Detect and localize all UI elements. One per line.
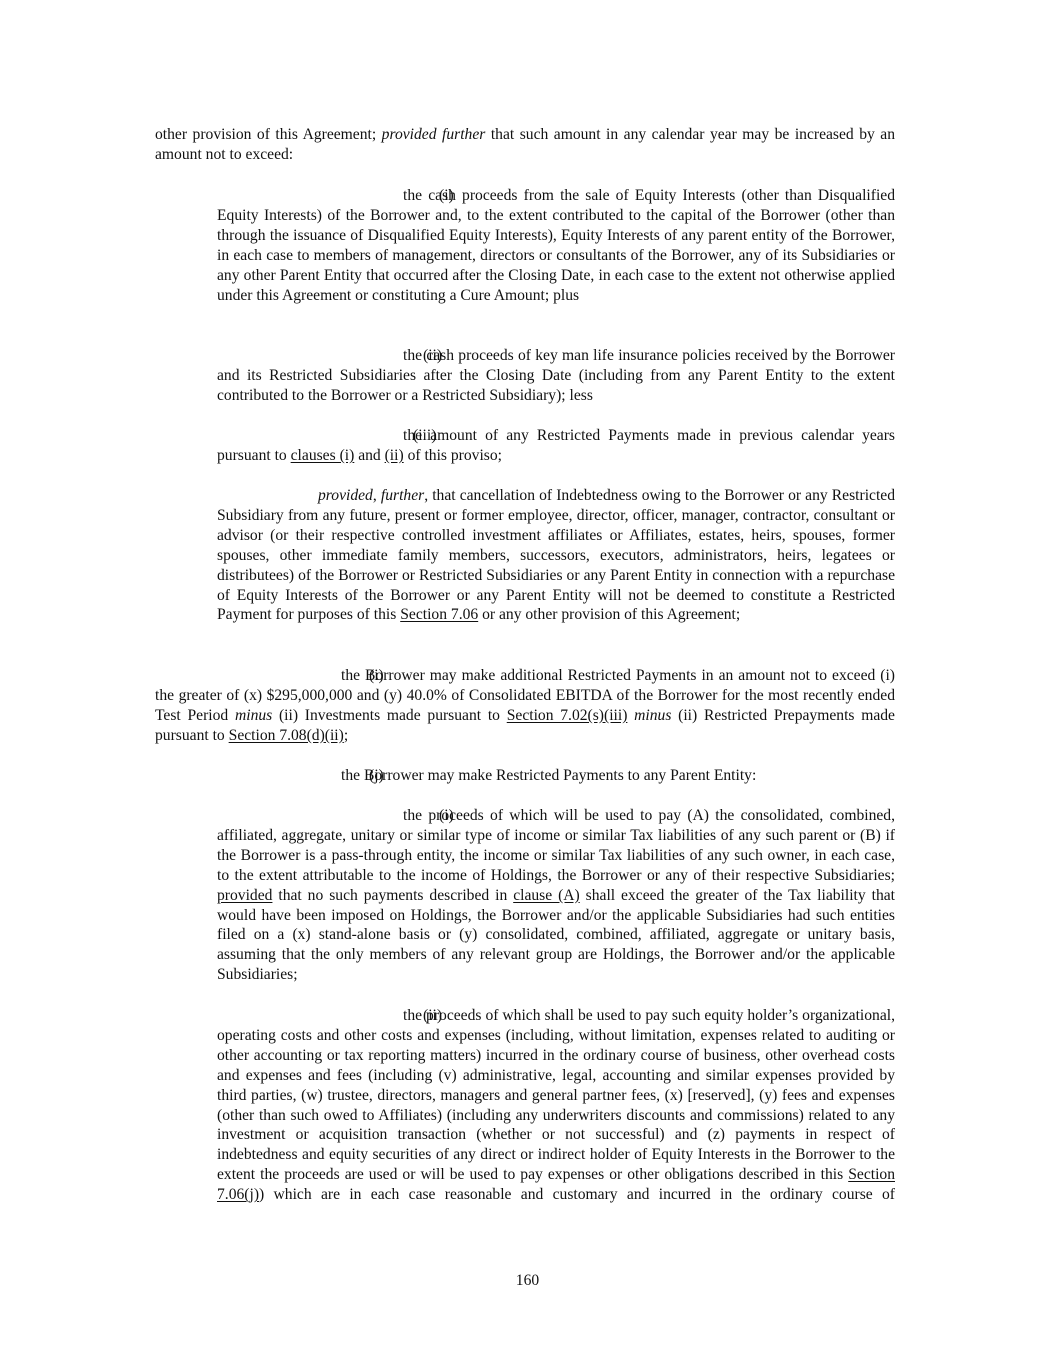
cross-reference-link[interactable]: clause (A) [513,887,580,904]
clause-text: the Borrower may make Restricted Payment… [341,767,756,784]
paragraph-intro: other provision of this Agreement; provi… [155,125,895,165]
text-run: the proceeds of which shall be used to p… [217,1007,895,1183]
document-page: other provision of this Agreement; provi… [0,0,1055,1365]
text-run: other provision of this Agreement; [155,126,382,143]
clause-text: the cash proceeds of key man life insura… [217,347,895,404]
proviso-paragraph: provided, further, that cancellation of … [217,486,895,625]
italic-term: further [381,487,424,504]
text-run: of this proviso; [404,447,502,464]
clause-marker: (iii) [315,426,403,446]
subclause-i: (i)the cash proceeds from the sale of Eq… [217,186,895,305]
clause-marker: (ii) [320,346,403,366]
cross-reference-link[interactable]: clauses (i) [291,447,355,464]
text-run: and [354,447,384,464]
text-run: (ii) Investments made pursuant to [272,707,507,724]
clause-marker: (ii) [320,1006,403,1026]
text-run: the proceeds of which will be used to pa… [217,807,895,884]
clause-marker: (i) [328,806,403,826]
cross-reference-link[interactable]: Section 7.02(s)(iii) [507,707,628,724]
clause-j: (j)the Borrower may make Restricted Paym… [155,766,895,786]
subclause-iii: (iii)the amount of any Restricted Paymen… [217,426,895,466]
subclause-ii: (ii)the cash proceeds of key man life in… [217,346,895,406]
text-run: , that cancellation of Indebtedness owin… [217,487,895,623]
page-number: 160 [0,1271,1055,1291]
clause-j-subclause-i: (i)the proceeds of which will be used to… [217,806,895,985]
clause-j-subclause-ii: (ii)the proceeds of which shall be used … [217,1006,895,1205]
text-run: that no such payments described in [272,887,513,904]
clause-marker: (i) [328,186,403,206]
text-run: or any other provision of this Agreement… [478,606,740,623]
italic-term: minus [634,707,671,724]
underlined-term: provided [217,887,272,904]
italic-term: provided further [382,126,486,143]
text-run: ) which are in each case reasonable and … [259,1186,895,1203]
cross-reference-link[interactable]: (ii) [385,447,404,464]
text-run: ; [344,727,348,744]
clause-text: the cash proceeds from the sale of Equit… [217,187,895,304]
clause-i: (i)the Borrower may make additional Rest… [155,666,895,746]
clause-marker: (j) [262,766,341,786]
cross-reference-link[interactable]: Section 7.06 [400,606,478,623]
cross-reference-link[interactable]: Section 7.08(d)(ii) [229,727,344,744]
clause-marker: (i) [262,666,341,686]
text-run: , [373,487,381,504]
italic-term: minus [235,707,272,724]
italic-term: provided [318,487,373,504]
